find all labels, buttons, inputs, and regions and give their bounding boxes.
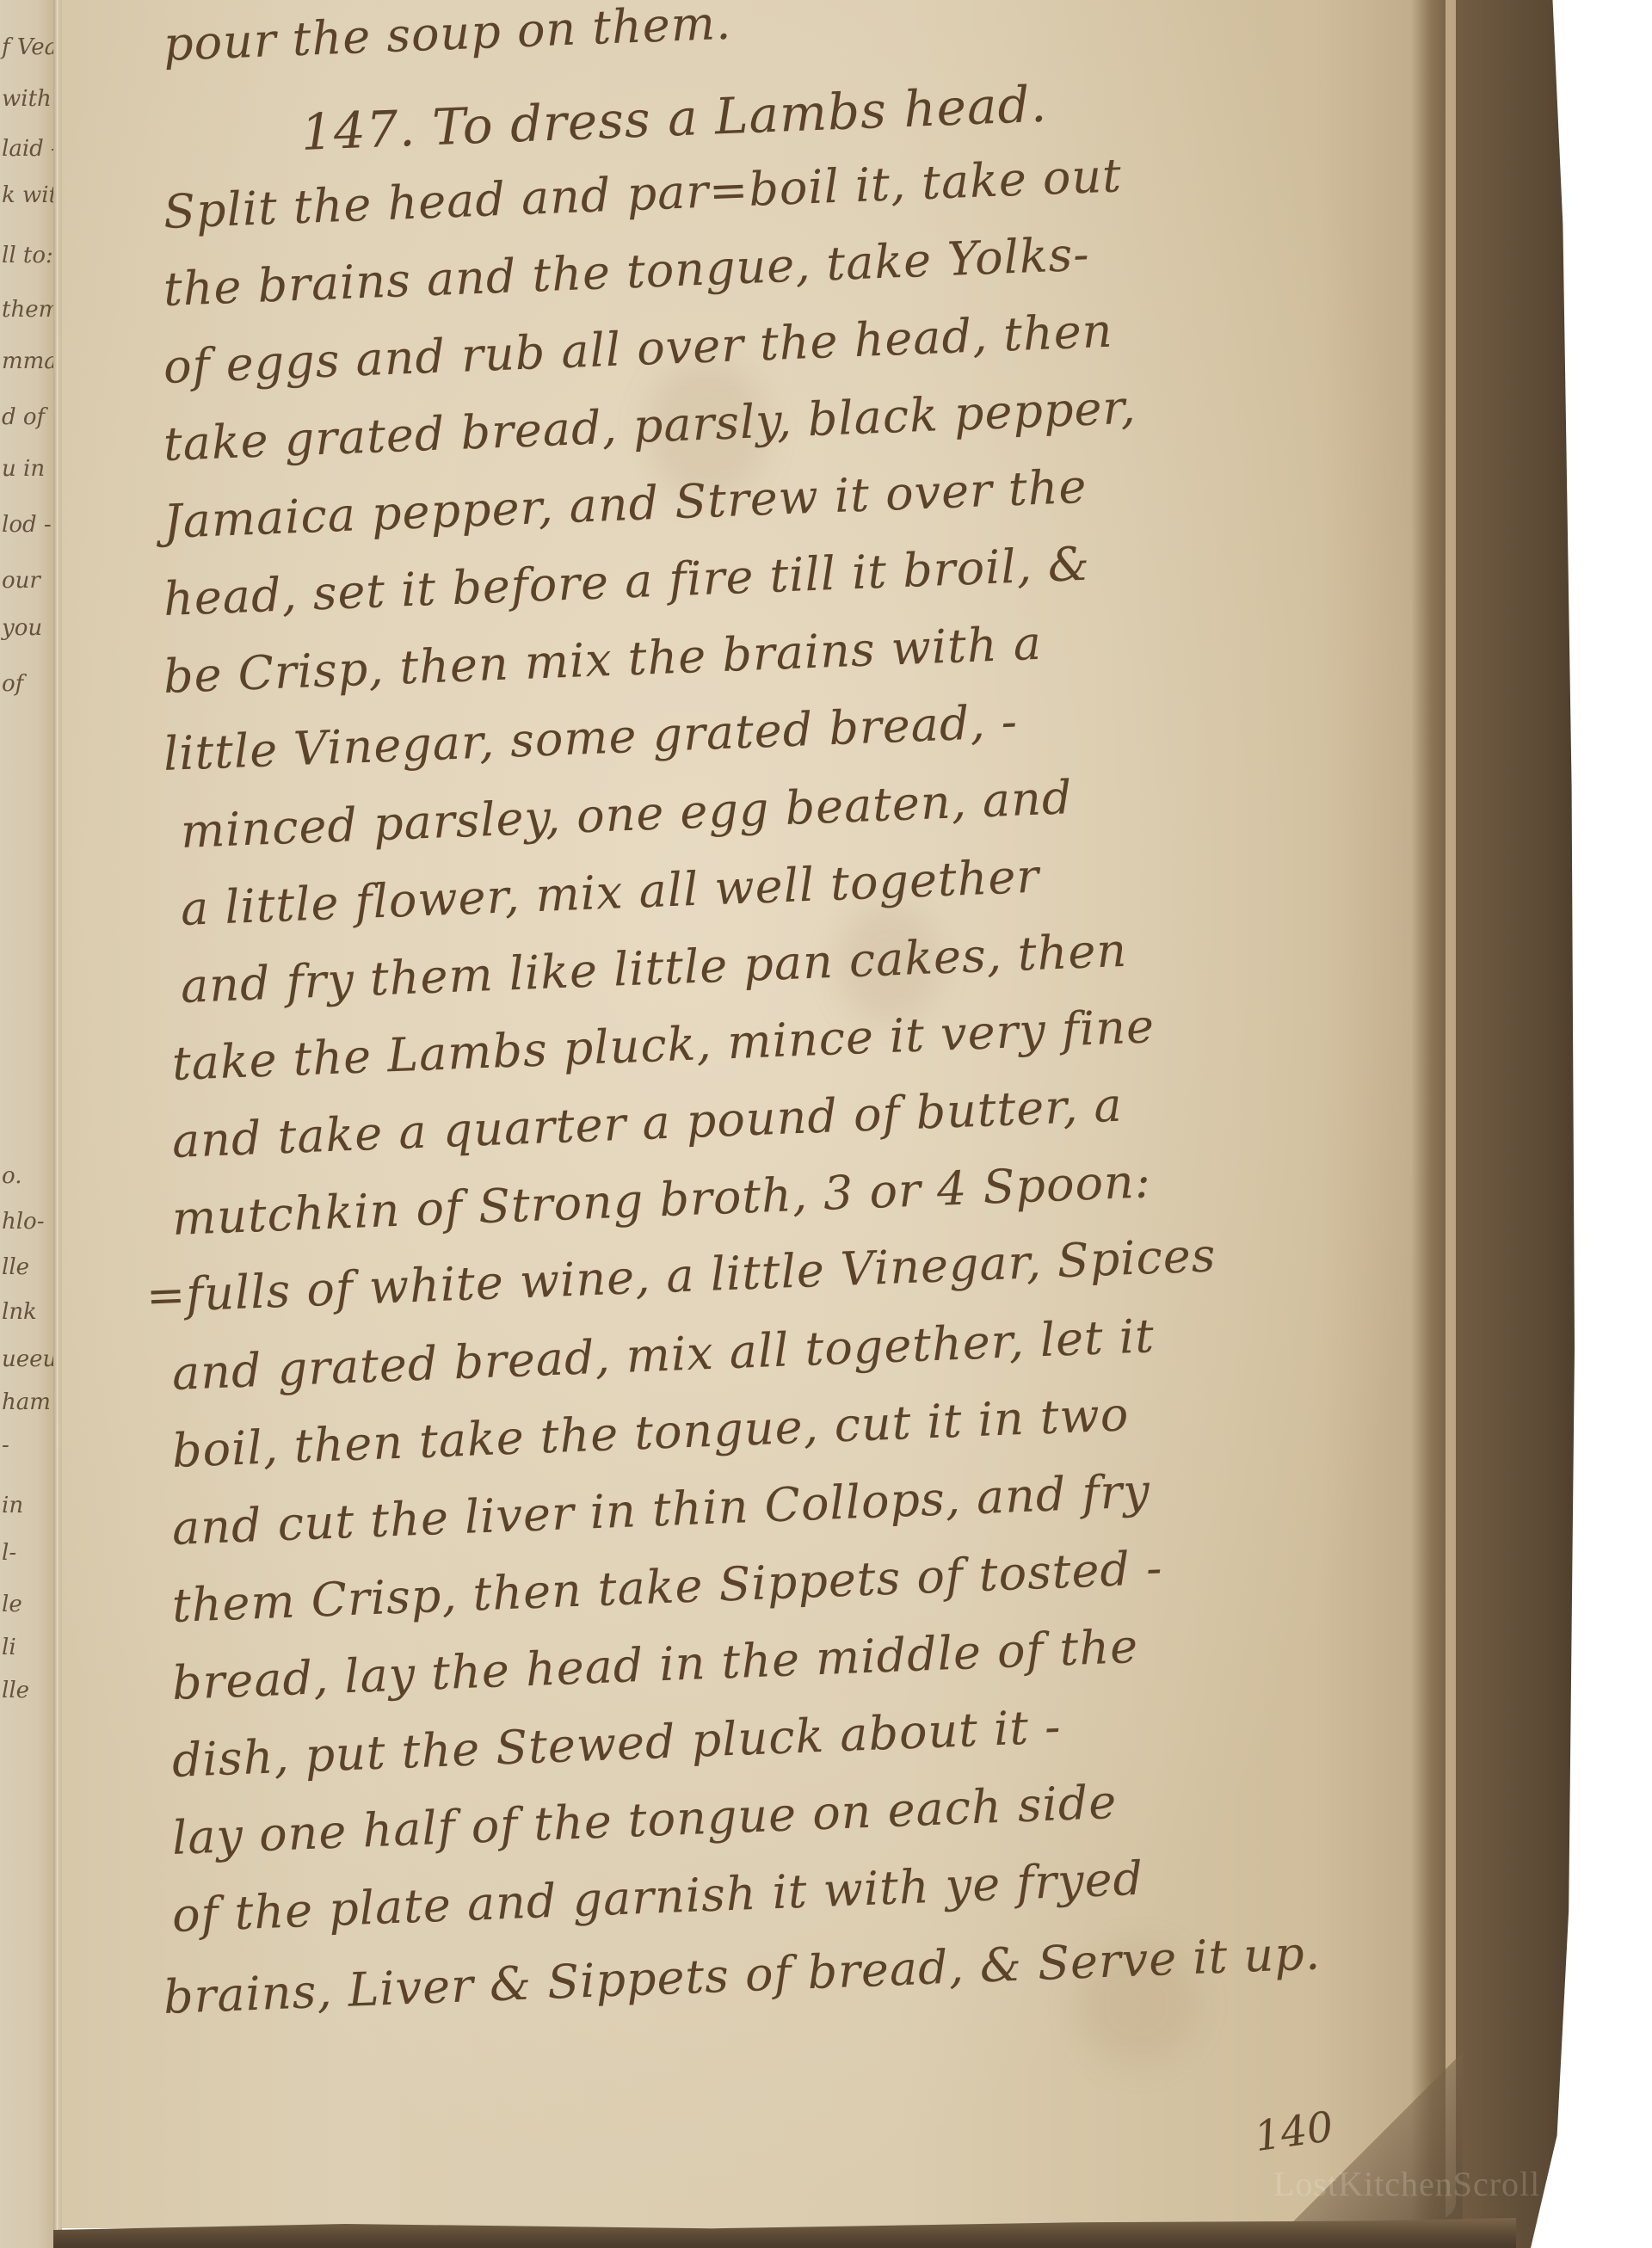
facing-page-fragment: mmag — [2, 348, 53, 374]
facing-page-fragment: you — [2, 615, 42, 641]
facing-page-fragment: lle — [2, 1254, 29, 1280]
facing-page-fragment: our — [2, 568, 40, 594]
facing-page-fragment: of — [2, 671, 23, 697]
facing-page-fragment: lod - — [2, 512, 52, 538]
facing-page-fragment: lle — [2, 1678, 29, 1703]
watermark: LostKitchenScroll — [1273, 2164, 1540, 2204]
facing-page-fragment: f Veal — [2, 34, 53, 60]
facing-page-fragment: in — [2, 1493, 23, 1518]
facing-page-fragment: le — [2, 1592, 22, 1617]
facing-page-fragment: with — [2, 86, 52, 112]
gutter-fold-line — [57, 0, 58, 2248]
facing-page-fragment: them — [2, 297, 53, 323]
page-edge-shadow — [1411, 0, 1445, 2228]
facing-page-fragment: l- — [2, 1540, 16, 1566]
facing-page-fragment: - — [2, 1432, 9, 1458]
manuscript-scan: f Veal with laid - k with ll to: them mm… — [0, 0, 1652, 2248]
facing-page-fragment: laid - — [2, 136, 53, 162]
facing-page-fragment: ll to: — [2, 243, 53, 268]
facing-page-fragment: lnk — [2, 1299, 37, 1325]
facing-page-fragment: hlo- — [2, 1209, 45, 1235]
facing-page-fragment: ueeue — [2, 1346, 53, 1372]
facing-page-fragment: d of — [2, 404, 45, 430]
facing-page-fragment: k with — [2, 182, 53, 208]
facing-page-fragment: li — [2, 1635, 16, 1660]
facing-page-fragment: o. — [2, 1163, 22, 1189]
facing-page-fragment: u in — [2, 456, 45, 482]
facing-page-fragment: ham — [2, 1389, 51, 1415]
book-gutter — [53, 0, 62, 2248]
facing-page-edge: f Veal with laid - k with ll to: them mm… — [0, 0, 53, 2248]
